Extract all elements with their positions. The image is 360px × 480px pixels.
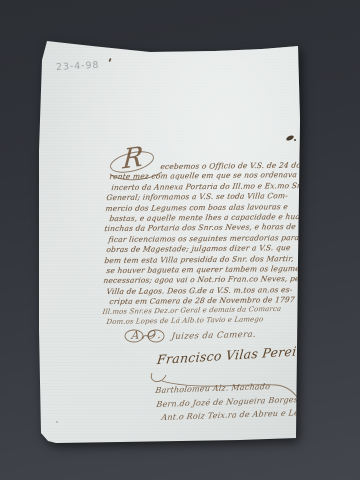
closing-monogram: A.O.: [131, 328, 163, 342]
body-line: obras de Magestade; julgamos dizer a V.S…: [106, 243, 291, 254]
initial-capital-letter: R: [122, 141, 144, 175]
paper-top-edge-highlight: [46, 37, 161, 46]
paper-speck-bottom: [56, 421, 58, 423]
body-line: tinchas da Portaria dos Snr.os Neves, e …: [104, 222, 297, 233]
ink-dot-right-edge: [294, 139, 296, 141]
address-line: Dom.os Lopes de Lá Alb.to Tavio e Lamego: [106, 315, 264, 326]
body-line: General; informamos a V.S. se toda Villa…: [106, 191, 289, 202]
photograph-of-manuscript: 23-4-98 R ecebemos o Officio de V.S. de …: [0, 0, 360, 480]
archival-pencil-date-note: 23-4-98: [56, 60, 100, 73]
signature-fourth: Ant.o Roiz Teix.ra de Abreu e Lemos: [161, 408, 317, 422]
body-line: necessarios; agoa vai o Not.rio Fran.co …: [103, 274, 310, 285]
manuscript-paper: 23-4-98 R ecebemos o Officio de V.S. de …: [0, 0, 360, 480]
body-line: mercio dos Legumes com boas alas lavoura…: [105, 202, 289, 213]
paper-shadow-wrap: 23-4-98 R ecebemos o Officio de V.S. de …: [0, 0, 360, 480]
ink-speck-top: [108, 58, 111, 62]
address-line: Ill.mos Snr.es Dez.or Geral e demais da …: [102, 305, 282, 316]
closing-line: Juizes da Camera.: [171, 330, 257, 342]
body-line: rente mez com aquelle em que se nos orde…: [109, 170, 298, 181]
body-line: Villa de Lagos. Deos G.de a V.S. m.tos a…: [106, 285, 293, 296]
